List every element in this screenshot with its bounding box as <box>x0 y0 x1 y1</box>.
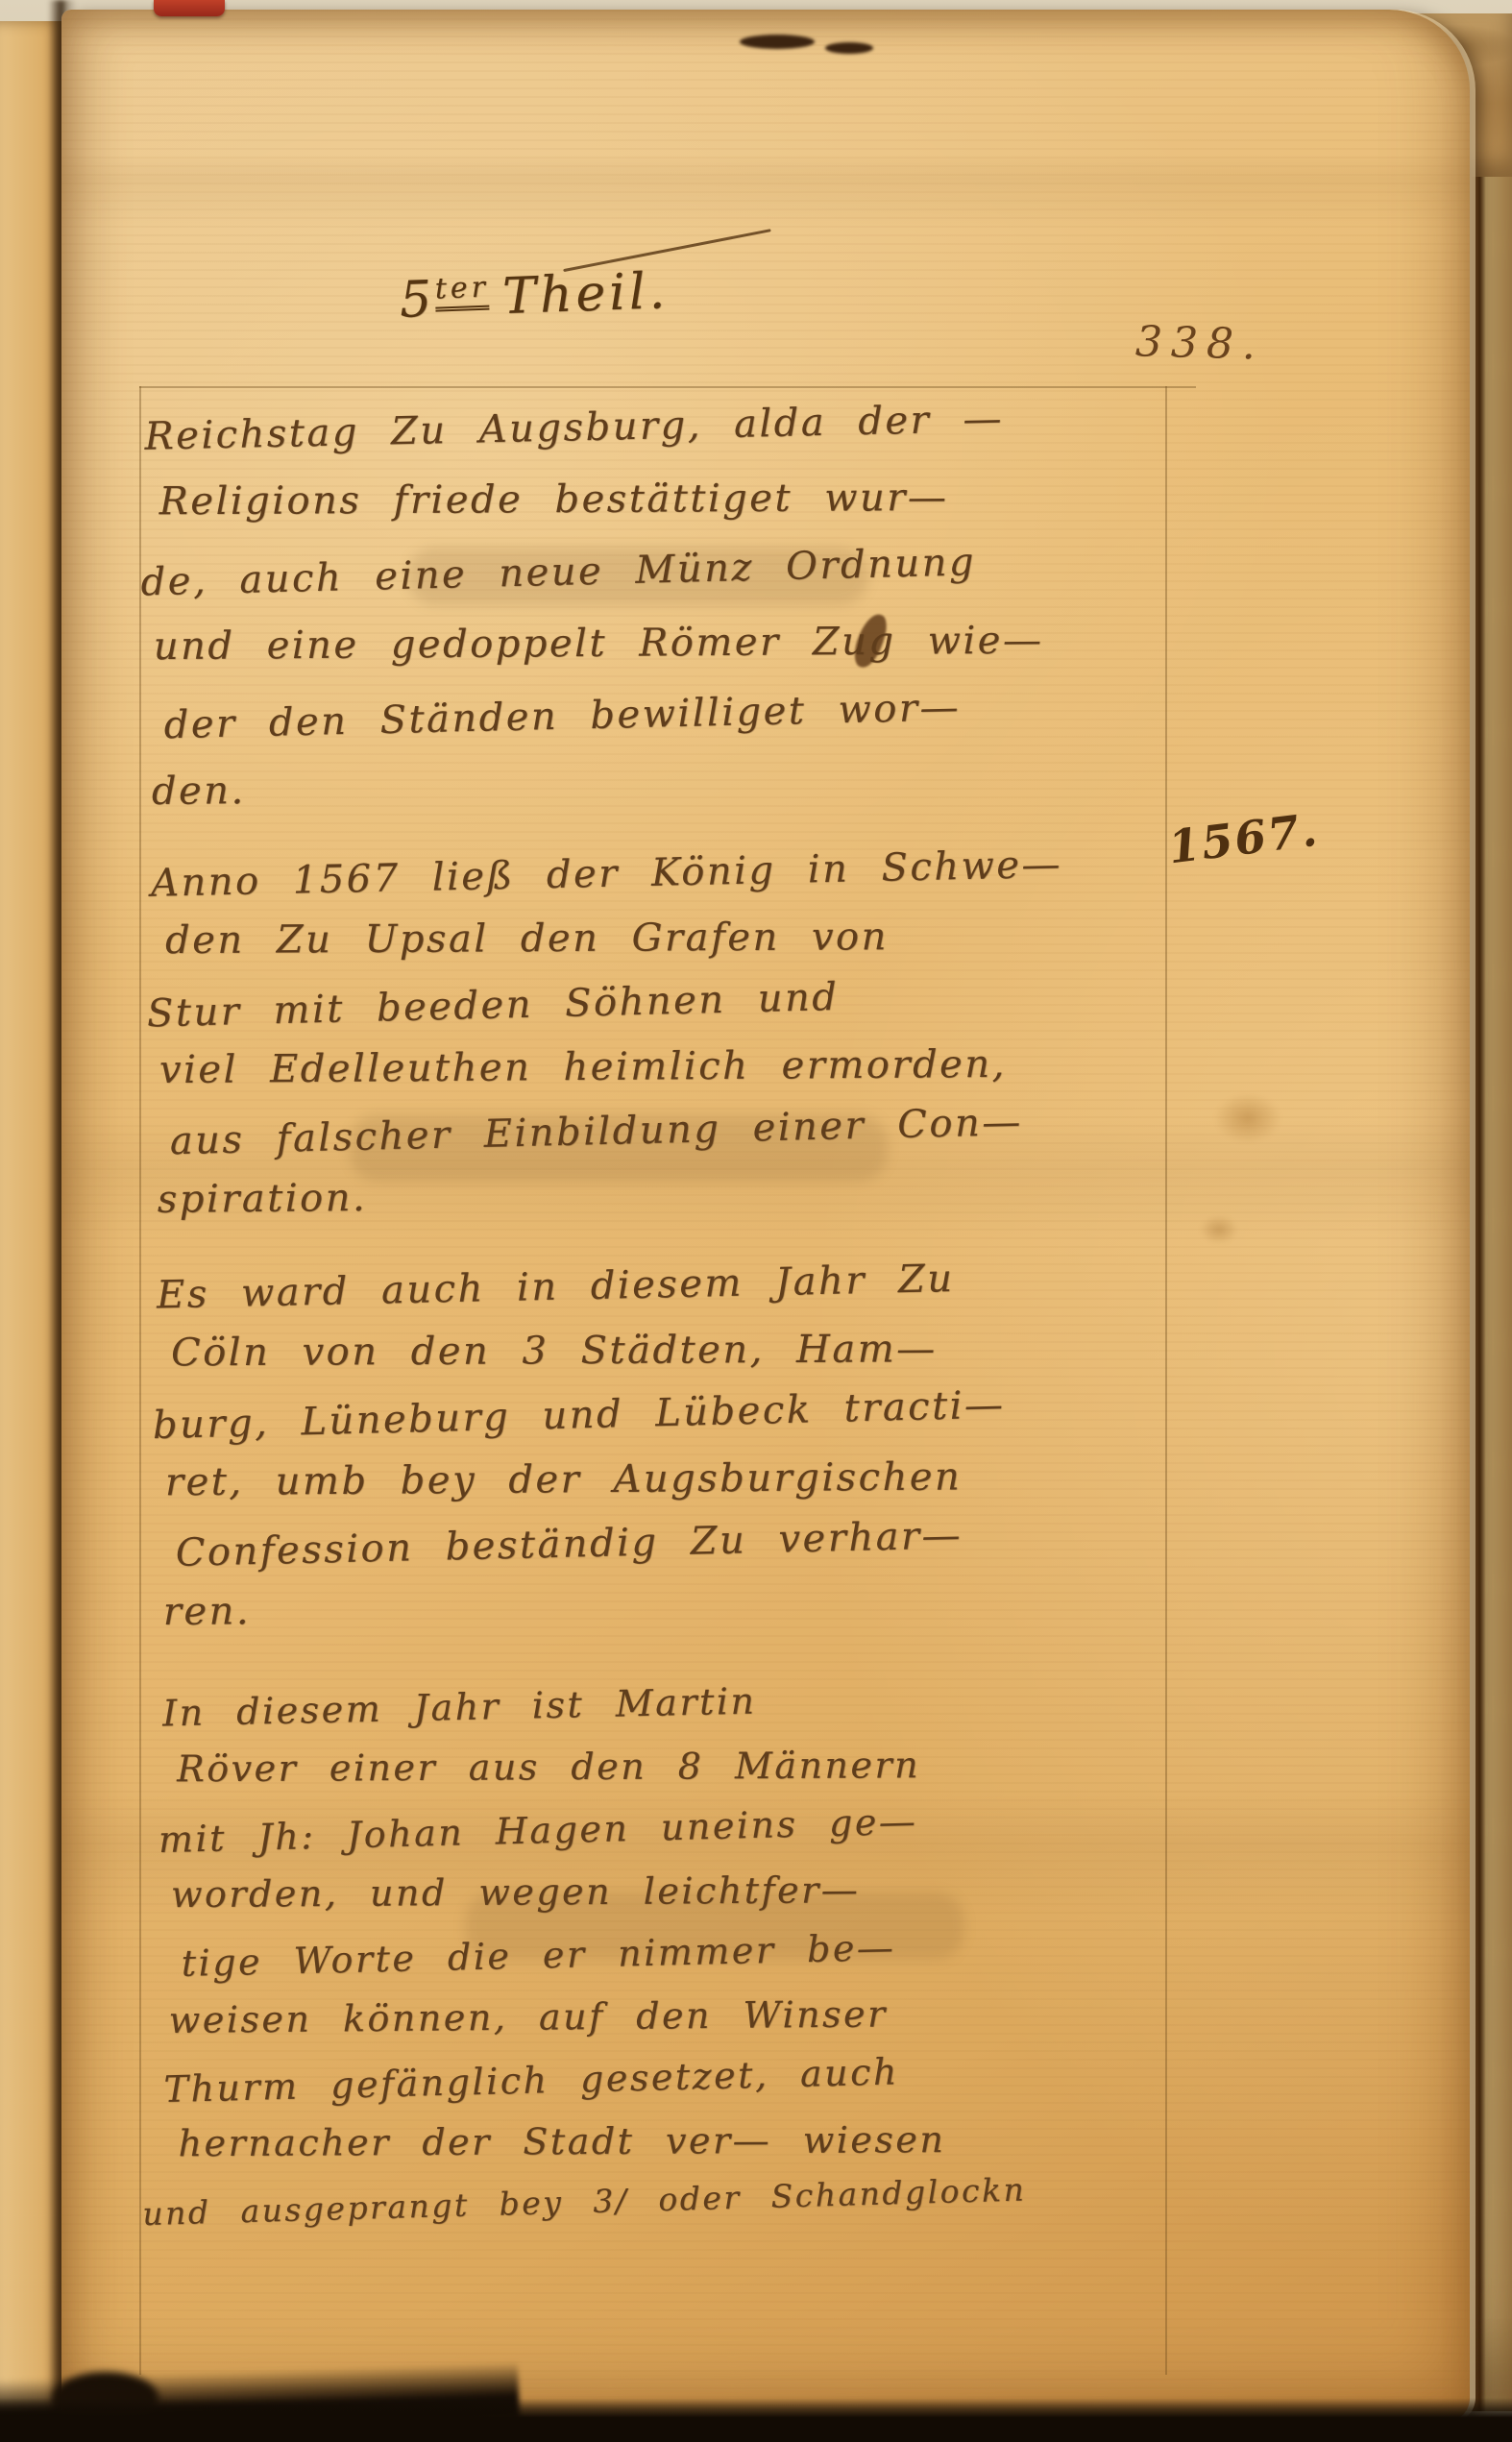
manuscript-line: ren. <box>163 1582 1009 1654</box>
manuscript-photo: 5terTheil. 338. 1567. Reichstag Zu Augsb… <box>0 0 1512 2442</box>
paragraph-anno-1567: Anno 1567 ließ der König in Schwe—den Zu… <box>151 845 1068 1244</box>
manuscript-line: Anno 1567 ließ der König in Schwe— <box>151 842 1063 926</box>
paragraph-reichstag-augsburg: Reichstag Zu Augsburg, alda der —Religio… <box>144 399 1046 843</box>
red-ribbon-marker <box>154 0 225 16</box>
manuscript-line: und eine gedoppelt Römer Zug wie— <box>154 619 1044 696</box>
manuscript-line: den. <box>152 762 1046 842</box>
manuscript-line: Reichstag Zu Augsburg, alda der — <box>144 396 1041 487</box>
manuscript-line: spiration. <box>158 1170 1068 1242</box>
paragraph-hanseatic-cities: Es ward auch in diesem Jahr ZuCöln von d… <box>157 1258 1009 1656</box>
manuscript-line: der den Ständen bewilliget wor— <box>163 683 1045 775</box>
bottom-scan-shadow <box>0 2398 1512 2442</box>
handwritten-text-layer: Reichstag Zu Augsburg, alda der —Religio… <box>56 0 1498 2424</box>
manuscript-line: In diesem Jahr ist Martin <box>162 1674 1020 1755</box>
manuscript-line: Religions friede bestättiget wur— <box>159 475 1042 551</box>
manuscript-page: 5terTheil. 338. 1567. Reichstag Zu Augsb… <box>61 10 1470 2423</box>
paragraph-martin-roever: In diesem Jahr ist MartinRöver einer aus… <box>162 1677 1027 2251</box>
manuscript-line: Es ward auch in diesem Jahr Zu <box>157 1256 1005 1337</box>
